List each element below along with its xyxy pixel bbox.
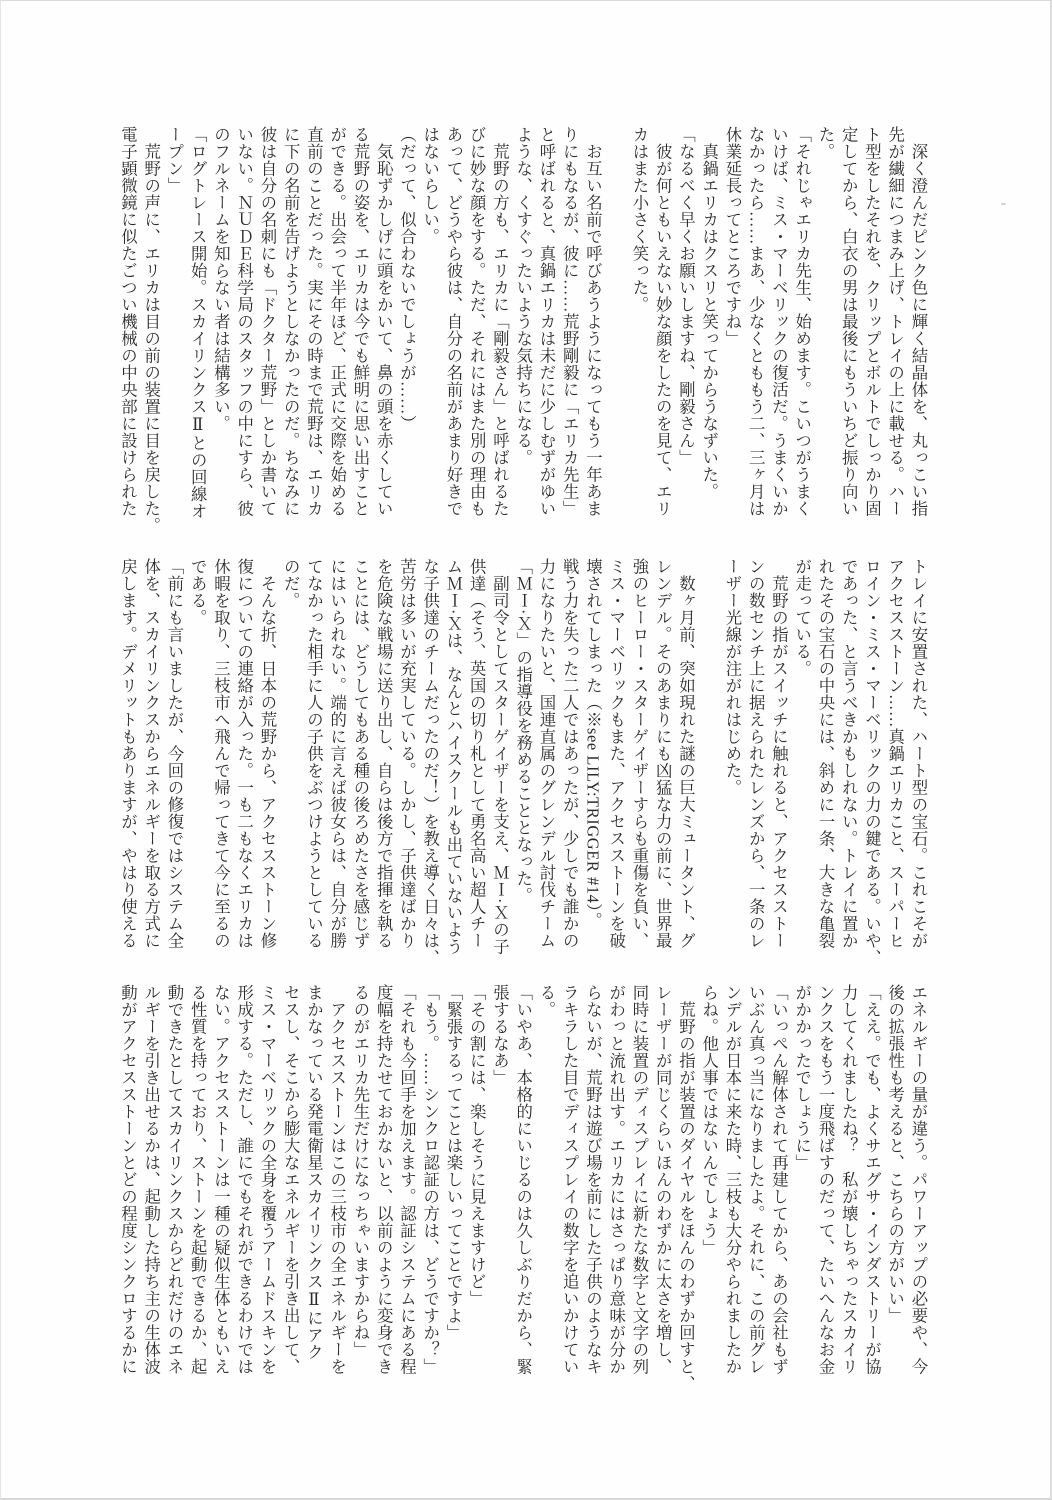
text-column: レンデル。そのあまりにも凶猛な力の前に、世界最 <box>651 558 674 949</box>
text-column: ンクスをもう一度飛ばすのだって、たいへんなお金 <box>814 984 837 1375</box>
text-column: 副司令としてスターゲイザーを支え、ＭＩ·Ｘの子 <box>488 558 511 949</box>
text-column: セスし、そこから膨大なエネルギーを引き出して、 <box>279 984 302 1375</box>
text-column: 荒野の指がスイッチに触れると、アクセスストー <box>767 558 790 949</box>
text-column: 強のヒーロー・スターゲイザーすらも重傷を負い、 <box>628 558 651 949</box>
text-column: のフルネームを知らない者は結構多い。 <box>209 126 232 517</box>
text-column: 休業延長ってところですね」 <box>721 126 744 517</box>
text-column: まかなっている発電衛星スカイリンクスⅡにアク <box>302 984 325 1375</box>
text-column: ンの数センチ上に据えられたレンズから、一条のレ <box>744 558 767 949</box>
text-column: 彼が何ともいえない妙な顔をしたのを見て、エリ <box>651 126 674 517</box>
text-column: 荒野の声に、エリカは目の前の装置に目を戻した。 <box>140 126 163 517</box>
text-column: 動できたとしてスカイリンクスからどれだけのエネ <box>163 984 186 1375</box>
text-column: る性質を持っており、ストーンを起動できるか、起 <box>186 984 209 1375</box>
text-column: た。 <box>814 126 837 517</box>
text-column: ような、くすぐったいような気持ちになる。 <box>512 126 535 517</box>
text-column: 「ログトレース開始。スカイリンクスⅡとの回線オ <box>186 126 209 517</box>
text-column: はないらしい。 <box>419 126 442 517</box>
text-column: 直前のことだった。実にその時まで荒野は、エリカ <box>302 126 325 517</box>
text-column: ことには、どうしてもある種の後ろめたさを感じず <box>349 558 372 949</box>
blank-line <box>698 558 721 949</box>
text-column: らね。他人事ではないんでしょう」 <box>698 984 721 1375</box>
text-column: 供達（そう、英国の切り札として勇名高い超人チー <box>465 558 488 949</box>
text-column: てなかった相手に人の子供をぶつけようとしている <box>302 558 325 949</box>
text-column: 同時に装置のディスプレイに新たな数字と文字の列 <box>628 984 651 1375</box>
text-column: 苦労は多いが充実している。しかし、子供達ばかり <box>395 558 418 949</box>
text-column: と呼ばれると、真鍋エリカは未だに少しむずがゆい <box>535 126 558 517</box>
text-column: 「いやあ、本格的にいじるのは久しぶりだから、緊 <box>512 984 535 1375</box>
text-column: ロイン・ミス・マーベリックの力の鍵である。いや、 <box>860 558 883 949</box>
text-column: 休暇を取り、三枝市へ飛んで帰ってきて今に至るの <box>209 558 232 949</box>
text-column: そんな折、日本の荒野から、アクセスストーン修 <box>256 558 279 949</box>
text-column: 「それも今回手を加えます。認証システムにある程 <box>395 984 418 1375</box>
text-column: ンデルが日本に来た時、三枝も大分やられましたか <box>721 984 744 1375</box>
text-column: 「緊張するってことは楽しいってことですよ」 <box>442 984 465 1375</box>
text-column: 彼は自分の名刺にも「ドクター荒野」としか書いて <box>256 126 279 517</box>
text-column: に下の名前を告げようとしなかったのだ。ちなみに <box>279 126 302 517</box>
text-column: いない。ＮＵＤＥ科学局のスタッフの中にすら、彼 <box>233 126 256 517</box>
text-tier-middle: トレイに安置された、ハート型の宝石。これこそが アクセスストーン……真鍋エリカこ… <box>116 558 930 958</box>
text-column: ルギーを引き出せるかは、起動した持ち主の生体波 <box>140 984 163 1375</box>
text-column: 力してくれましたね？ 私が壊しちゃったスカイリ <box>837 984 860 1375</box>
text-column: 「それじゃエリカ先生、始めます。こいつがうまく <box>791 126 814 517</box>
text-column: ミス・マーベリックの全身を覆うアームドスキンを <box>256 984 279 1375</box>
text-column: アクセスストーンはこの三枝市の全エネルギーを <box>326 984 349 1375</box>
text-column: ができる。出会って半年ほど、正式に交際を始める <box>326 126 349 517</box>
text-column: 電子顕微鏡に似たごつい機械の中央部に設けられた <box>116 126 139 517</box>
text-column: カはまた小さく笑った。 <box>628 126 651 517</box>
scan-speck <box>1001 203 1006 205</box>
text-column: 復についての連絡が入った。一も二もなくエリカは <box>233 558 256 949</box>
text-column: 戻します。デメリットもありますが、やはり使える <box>116 558 139 949</box>
text-column: る。 <box>535 984 558 1375</box>
text-column: お互い名前で呼びあうようになってもう一年あま <box>581 126 604 517</box>
text-column: 度幅を持たせておかないと、以前のように変身でき <box>372 984 395 1375</box>
text-column: 「ええ。でも、よくサエグサ・インダストリーが協 <box>860 984 883 1375</box>
text-column: いけば、ミス・マーベリックの復活だ。うまくいか <box>767 126 790 517</box>
text-column: である。 <box>186 558 209 949</box>
text-column: 後の拡張性も考えると、こちらの方がいい」 <box>884 984 907 1375</box>
text-column: りにもなるが、彼に……荒野剛毅に「エリカ先生」 <box>558 126 581 517</box>
text-column: （だって、似合わないでしょうが……） <box>395 126 418 517</box>
text-column: 張するなあ」 <box>488 984 511 1375</box>
text-column: あって、どうやら彼は、自分の名前があまり好きで <box>442 126 465 517</box>
text-column: 荒野の指が装置のダイヤルをほんのわずか回すと、 <box>674 984 697 1375</box>
text-column: れたその宝石の中央には、斜めに一条、大きな亀裂 <box>814 558 837 949</box>
text-column: 「なるべく早くお願いしますね、剛毅さん」 <box>674 126 697 517</box>
text-column: びに妙な顔をする。ただ、それにはまた別の理由も <box>465 126 488 517</box>
text-column: 先が繊細につまみ上げ、トレイの上に載せる。ハー <box>884 126 907 517</box>
text-column: アクセスストーン……真鍋エリカこと、スーパーヒ <box>884 558 907 949</box>
text-column: 形成する。ただし、誰にでもそれができるわけでは <box>233 984 256 1375</box>
text-column: 動がアクセスストーンとどの程度シンクロするかに <box>116 984 139 1375</box>
text-column: トレイに安置された、ハート型の宝石。これこそが <box>907 558 930 949</box>
text-column: 真鍋エリカはクスリと笑ってからうなずいた。 <box>698 126 721 517</box>
text-column: 数ヶ月前、突如現れた謎の巨大ミュータント、グ <box>674 558 697 949</box>
text-column: 定してから、白衣の男は最後にもういちど振り向い <box>837 126 860 517</box>
text-column: ト型をしたそれを、クリップとボルトでしっかり固 <box>860 126 883 517</box>
text-column: にはいられない。端的に言えば彼女らは、自分が勝 <box>326 558 349 949</box>
text-column: 「その割には、楽しそうに見えますけど」 <box>465 984 488 1375</box>
text-column: であった、と言うべきかもしれない。トレイに置か <box>837 558 860 949</box>
text-column: を危険な戦場に送り出し、自らは後方で指揮を執る <box>372 558 395 949</box>
text-column: レーザーが同じくらいほんのわずかに太さを増し、 <box>651 984 674 1375</box>
text-column: がかかったでしょうに」 <box>791 984 814 1375</box>
text-column: ない。アクセスストーンは一種の疑似生体ともいえ <box>209 984 232 1375</box>
blank-line <box>605 126 628 517</box>
text-column: な子供達のチームだったのだ！）を教え導く日々は、 <box>419 558 442 949</box>
scanned-page: 深く澄んだピンク色に輝く結晶体を、丸っこい指 先が繊細につまみ上げ、トレイの上に… <box>0 0 1052 1500</box>
text-column: ラキラした目でディスプレイの数字を追いかけてい <box>558 984 581 1375</box>
text-column: 「前にも言いましたが、今回の修復ではシステム全 <box>163 558 186 949</box>
text-column: 壊されてしまった（※see LILY:TRIGGER #14）。 <box>581 558 604 949</box>
text-column: がわっと流れ出す。エリカにはさっぱり意味が分か <box>605 984 628 1375</box>
text-column: いぶん真っ当になりましたよ。それに、この前グレ <box>744 984 767 1375</box>
text-tier-bottom: エネルギーの量が違う。パワーアップの必要や、今 後の拡張性も考えると、こちらの方… <box>116 984 930 1384</box>
text-column: 「ＭＩ·Ｘ」の指導役を務めることとなった。 <box>512 558 535 949</box>
text-column: 力になりたいと、国連直属のグレンデル討伐チーム <box>535 558 558 949</box>
text-column: が走っている。 <box>791 558 814 949</box>
text-tier-top: 深く澄んだピンク色に輝く結晶体を、丸っこい指 先が繊細につまみ上げ、トレイの上に… <box>116 126 930 526</box>
text-column: 深く澄んだピンク色に輝く結晶体を、丸っこい指 <box>907 126 930 517</box>
text-column: るのがエリカ先生だけになっちゃいますからね」 <box>349 984 372 1375</box>
text-column: ミス・マーベリックもまた、アクセスストーンを破 <box>605 558 628 949</box>
text-column: 「いっぺん解体されて再建してから、あの会社もず <box>767 984 790 1375</box>
text-column: 「もう。……シンクロ認証の方は、どうですか？」 <box>419 984 442 1375</box>
text-column: 戦う力を失った二人ではあったが、少しでも誰かの <box>558 558 581 949</box>
text-column: なかったら……まあ、少なくとももう二、三ヶ月は <box>744 126 767 517</box>
text-column: ープン」 <box>163 126 186 517</box>
text-column: ムＭＩ·Ｘは、なんとハイスクールも出ていないよう <box>442 558 465 949</box>
text-column: のだ。 <box>279 558 302 949</box>
text-column: 気恥ずかしげに頭をかいて、鼻の頭を赤くしてい <box>372 126 395 517</box>
text-column: 荒野の方も、エリカに「剛毅さん」と呼ばれるた <box>488 126 511 517</box>
text-column: エネルギーの量が違う。パワーアップの必要や、今 <box>907 984 930 1375</box>
text-column: ーザー光線が注がれはじめた。 <box>721 558 744 949</box>
text-column: る荒野の姿を、エリカは今でも鮮明に思い出すこと <box>349 126 372 517</box>
text-column: 体を、スカイリンクスからエネルギーを取る方式に <box>140 558 163 949</box>
text-column: らないが、荒野は遊び場を前にした子供のようなキ <box>581 984 604 1375</box>
